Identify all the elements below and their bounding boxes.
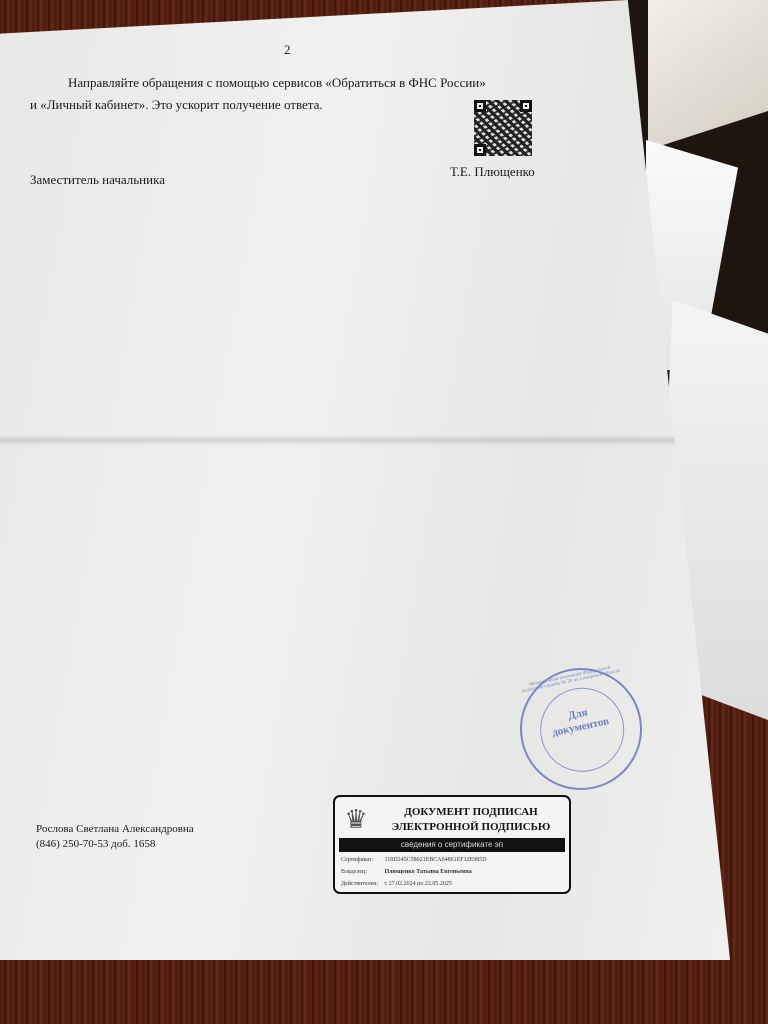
esig-title-line-1: ДОКУМЕНТ ПОДПИСАН [375, 805, 567, 820]
esig-owner-row: Владелец: Плющенко Татьяна Евгеньевна [341, 869, 472, 875]
valid-label: Действителен: [341, 881, 383, 887]
esig-title: ДОКУМЕНТ ПОДПИСАН ЭЛЕКТРОННОЙ ПОДПИСЬЮ [375, 805, 567, 835]
qr-finder-icon [520, 100, 532, 112]
signer-position: Заместитель начальника [30, 172, 165, 188]
official-stamp: Межрайонная инспекция Федеральной налого… [509, 657, 654, 802]
esig-title-line-2: ЭЛЕКТРОННОЙ ПОДПИСЬЮ [375, 820, 567, 835]
coat-of-arms-icon: ♛ [341, 803, 371, 837]
owner-label: Владелец: [341, 869, 383, 875]
page-number: 2 [284, 42, 291, 58]
executor-info: Рослова Светлана Александровна (846) 250… [36, 822, 194, 852]
paragraph-line-1: Направляйте обращения с помощью сервисов… [30, 72, 570, 94]
certificate-value: 118D245C58021EBCA64861EF12E985D [385, 857, 487, 863]
certificate-label: Сертификат: [341, 857, 383, 863]
esig-certificate-band: сведения о сертификате эп [339, 838, 565, 852]
electronic-signature-block: ♛ ДОКУМЕНТ ПОДПИСАН ЭЛЕКТРОННОЙ ПОДПИСЬЮ… [333, 795, 571, 894]
paragraph-line-2: и «Личный кабинет». Это ускорит получени… [30, 97, 323, 112]
qr-code [474, 100, 532, 156]
owner-value: Плющенко Татьяна Евгеньевна [385, 869, 472, 875]
qr-finder-icon [474, 144, 486, 156]
esig-valid-row: Действителен: с 27.02.2024 по 22.05.2025 [341, 881, 452, 887]
qr-finder-icon [474, 100, 486, 112]
executor-phone: (846) 250-70-53 доб. 1658 [36, 837, 194, 852]
esig-certificate-row: Сертификат: 118D245C58021EBCA64861EF12E9… [341, 857, 487, 863]
signer-name: Т.Е. Плющенко [450, 164, 535, 180]
document-page: 2 Направляйте обращения с помощью сервис… [0, 0, 730, 960]
executor-name: Рослова Светлана Александровна [36, 822, 194, 837]
valid-value: с 27.02.2024 по 22.05.2025 [385, 881, 452, 887]
